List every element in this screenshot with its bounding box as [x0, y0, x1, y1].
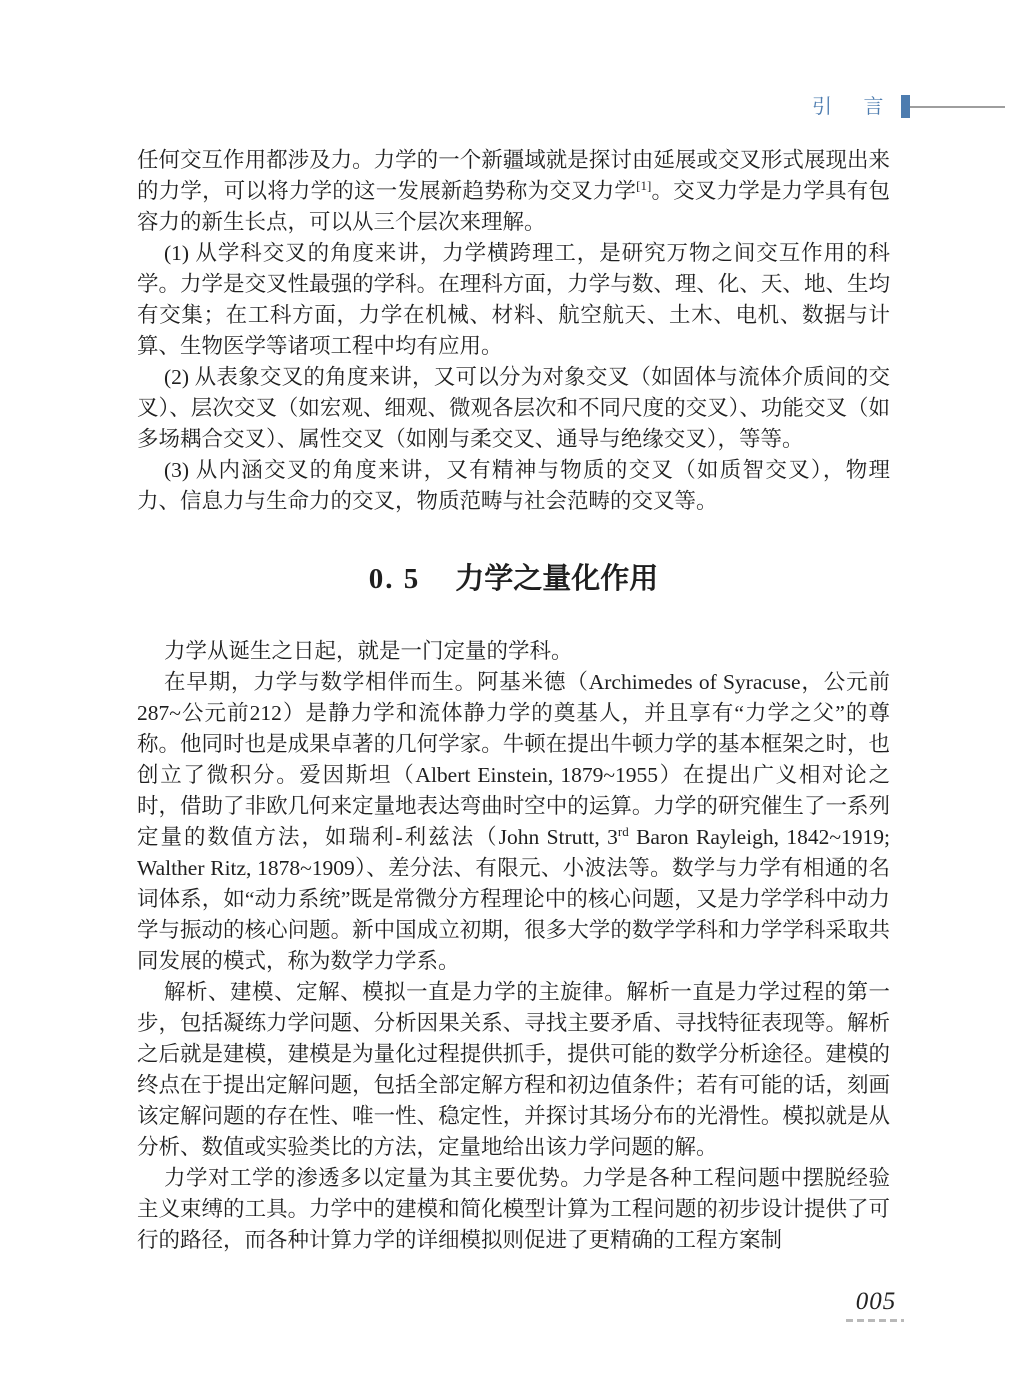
section-heading: 0. 5力学之量化作用	[137, 563, 890, 595]
header-accent-bar	[901, 95, 910, 118]
paragraph: (3) 从内涵交叉的角度来讲，又有精神与物质的交叉（如质智交叉），物理力、信息力…	[137, 455, 890, 517]
running-header-title: 引 言	[812, 97, 897, 117]
paragraph: 解析、建模、定解、模拟一直是力学的主旋律。解析一直是力学过程的第一步，包括凝练力…	[137, 977, 890, 1163]
header-rule	[910, 106, 1005, 108]
page-number-rule	[846, 1319, 904, 1322]
paragraphs-top: 任何交互作用都涉及力。力学的一个新疆域就是探讨由延展或交叉形式展现出来的力学，可…	[137, 145, 890, 517]
paragraph: 任何交互作用都涉及力。力学的一个新疆域就是探讨由延展或交叉形式展现出来的力学，可…	[137, 145, 890, 238]
paragraph: 力学对工学的渗透多以定量为其主要优势。力学是各种工程问题中摆脱经验主义束缚的工具…	[137, 1163, 890, 1256]
page-footer: 005	[846, 1289, 906, 1322]
paragraph: 力学从诞生之日起，就是一门定量的学科。	[137, 636, 890, 667]
paragraph: 在早期，力学与数学相伴而生。阿基米德（Archimedes of Syracus…	[137, 667, 890, 977]
superscript-reference: [1]	[636, 178, 651, 193]
page-body: 任何交互作用都涉及力。力学的一个新疆域就是探讨由延展或交叉形式展现出来的力学，可…	[137, 145, 890, 1256]
paragraph: (2) 从表象交叉的角度来讲，又可以分为对象交叉（如固体与流体介质间的交叉）、层…	[137, 362, 890, 455]
paragraph: (1) 从学科交叉的角度来讲，力学横跨理工，是研究万物之间交互作用的科学。力学是…	[137, 238, 890, 362]
superscript-reference: rd	[618, 824, 629, 839]
section-number: 0. 5	[369, 563, 421, 595]
book-page: 引 言 任何交互作用都涉及力。力学的一个新疆域就是探讨由延展或交叉形式展现出来的…	[0, 0, 1013, 1396]
page-number: 005	[846, 1289, 906, 1315]
section-title: 力学之量化作用	[455, 563, 658, 595]
paragraphs-bottom: 力学从诞生之日起，就是一门定量的学科。在早期，力学与数学相伴而生。阿基米德（Ar…	[137, 636, 890, 1256]
running-header: 引 言	[812, 95, 1005, 118]
